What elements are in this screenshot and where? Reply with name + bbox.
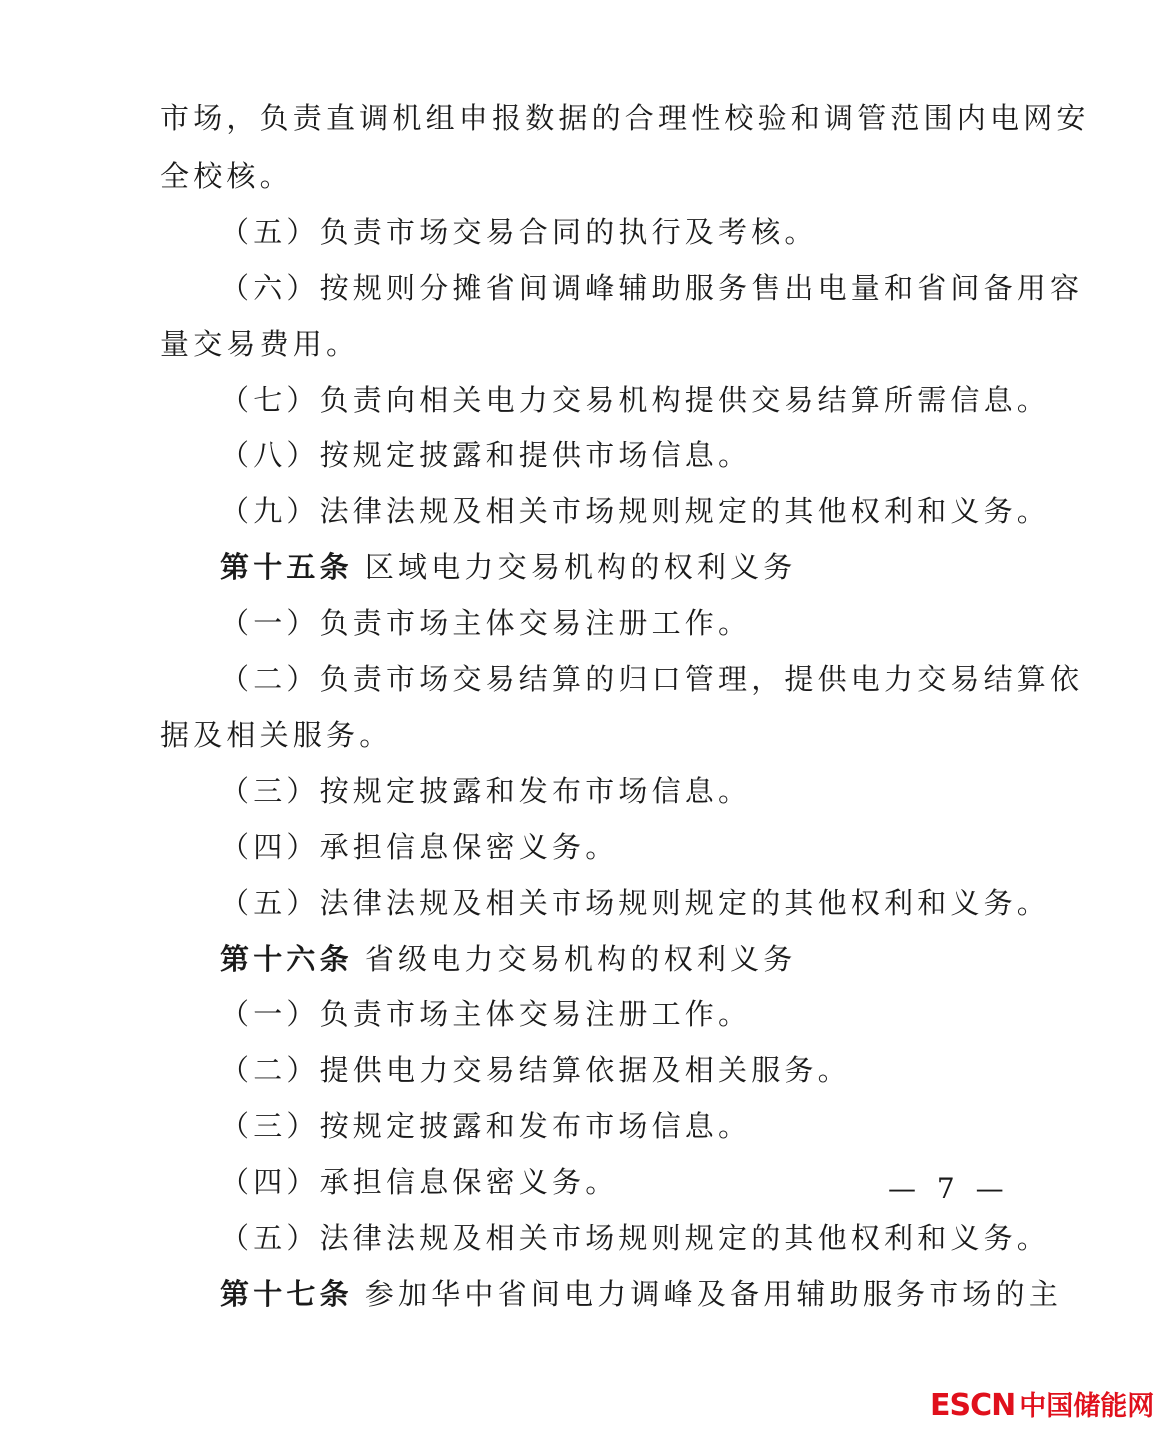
logo-chinese: 中国储能网 — [1019, 1391, 1154, 1422]
paragraph-line: 据及相关服务。 — [160, 717, 392, 753]
watermark-logo: ESCN中国储能网 — [930, 1384, 1154, 1423]
article-number: 第十五条 — [220, 550, 353, 584]
paragraph-line: （五）法律法规及相关市场规则规定的其他权利和义务。 — [220, 1220, 1050, 1256]
article-title: 参加华中省间电力调峰及备用辅助服务市场的主 — [365, 1277, 1062, 1311]
paragraph-line: （八）按规定披露和提供市场信息。 — [220, 437, 751, 473]
logo-latin: ESCN — [930, 1388, 1015, 1423]
paragraph-line: （七）负责向相关电力交易机构提供交易结算所需信息。 — [220, 382, 1050, 418]
article-number: 第十七条 — [220, 1277, 353, 1311]
paragraph-line: 全校核。 — [160, 158, 293, 194]
paragraph-line: （六）按规则分摊省间调峰辅助服务售出电量和省间备用容 — [220, 270, 1083, 306]
article-heading: 第十五条区域电力交易机构的权利义务 — [220, 549, 796, 585]
paragraph-line: （四）承担信息保密义务。 — [220, 829, 618, 865]
paragraph-line: （一）负责市场主体交易注册工作。 — [220, 996, 751, 1032]
paragraph-line: （五）负责市场交易合同的执行及考核。 — [220, 214, 818, 250]
paragraph-line: （四）承担信息保密义务。 — [220, 1164, 618, 1200]
article-heading: 第十六条省级电力交易机构的权利义务 — [220, 941, 796, 977]
paragraph-line: 市场，负责直调机组申报数据的合理性校验和调管范围内电网安 — [160, 100, 1090, 136]
paragraph-line: （二）提供电力交易结算依据及相关服务。 — [220, 1052, 851, 1088]
paragraph-line: （二）负责市场交易结算的归口管理，提供电力交易结算依 — [220, 661, 1083, 697]
article-title: 省级电力交易机构的权利义务 — [365, 942, 797, 976]
article-title: 区域电力交易机构的权利义务 — [365, 550, 797, 584]
paragraph-line: 量交易费用。 — [160, 326, 359, 362]
page-number: — 7 — — [888, 1172, 1010, 1205]
article-number: 第十六条 — [220, 942, 353, 976]
paragraph-line: （一）负责市场主体交易注册工作。 — [220, 605, 751, 641]
article-heading: 第十七条参加华中省间电力调峰及备用辅助服务市场的主 — [220, 1276, 1062, 1312]
paragraph-line: （五）法律法规及相关市场规则规定的其他权利和义务。 — [220, 885, 1050, 921]
paragraph-line: （九）法律法规及相关市场规则规定的其他权利和义务。 — [220, 493, 1050, 529]
paragraph-line: （三）按规定披露和发布市场信息。 — [220, 1108, 751, 1144]
paragraph-line: （三）按规定披露和发布市场信息。 — [220, 773, 751, 809]
